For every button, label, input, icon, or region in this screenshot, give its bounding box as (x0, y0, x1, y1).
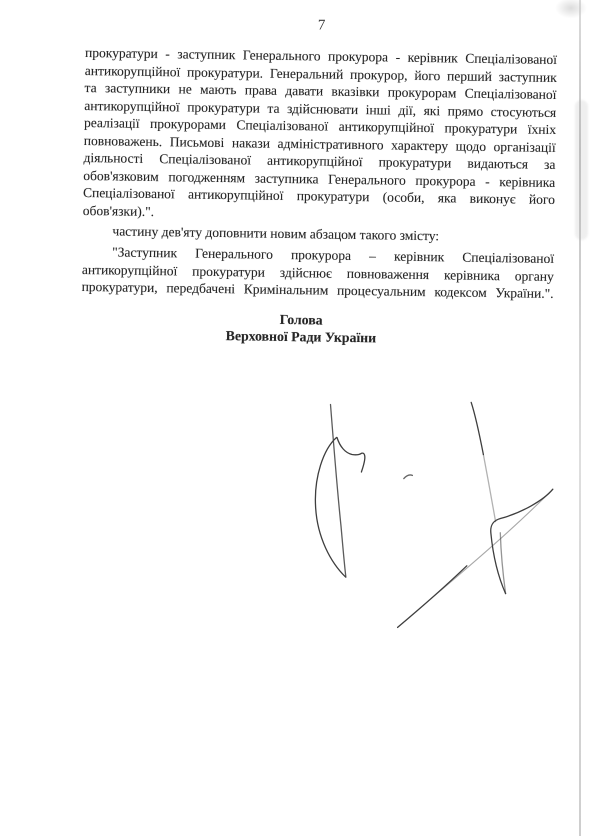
scanner-edge-band-artifact (575, 100, 588, 240)
signatory-block: Голова Верховної Ради України (81, 308, 521, 349)
page-number: 7 (85, 14, 557, 38)
scanner-edge-line-artifact (579, 0, 581, 836)
scanned-document-page: 7 прокуратури-заступникГенеральногопроку… (0, 0, 592, 836)
document-content: 7 прокуратури-заступникГенеральногопроку… (0, 0, 592, 836)
paragraph-amendment-intro: частину дев'яту доповнити новим абзацом … (82, 222, 554, 247)
scanner-smudge-artifact (550, 0, 592, 22)
paragraph-quoted-provision: "ЗаступникГенеральногопрокурора–керівник… (82, 243, 555, 302)
paragraph-prosecutor-provisions: прокуратури-заступникГенеральногопрокуро… (83, 44, 558, 226)
